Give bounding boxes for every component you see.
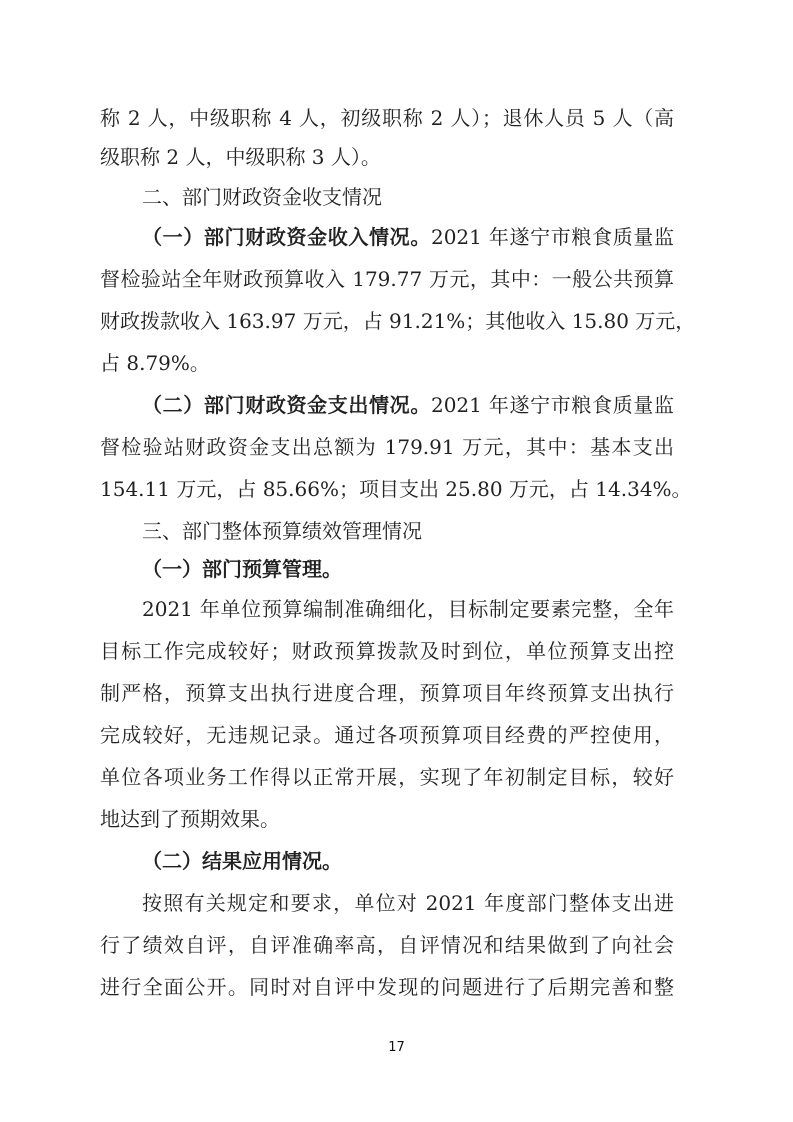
bold-lead: （二）部门财政资金支出情况。	[142, 393, 431, 417]
text-line: 2021 年单位预算编制准确细化，目标制定要素完整，全年	[100, 597, 674, 621]
text-line: 154.11 万元，占 85.66%；项目支出 25.80 万元，占 14.34…	[100, 477, 674, 501]
bold-lead: （一）部门财政资金收入情况。	[142, 225, 431, 249]
paragraph-first-line: （二）部门财政资金支出情况。2021 年遂宁市粮食质量监	[100, 393, 674, 417]
section-heading: 三、部门整体预算绩效管理情况	[100, 519, 674, 543]
text-line: 进行全面公开。同时对自评中发现的问题进行了后期完善和整	[100, 975, 674, 999]
text-line: 目标工作完成较好；财政预算拨款及时到位，单位预算支出控	[100, 639, 674, 663]
text-line: 督检验站全年财政预算收入 179.77 万元，其中：一般公共预算	[100, 267, 674, 291]
subsection-heading: （一）部门预算管理。	[100, 557, 674, 581]
text-line: 占 8.79%。	[100, 351, 674, 375]
text-run: 2021 年遂宁市粮食质量监	[431, 393, 674, 417]
text-line: 督检验站财政资金支出总额为 179.91 万元，其中：基本支出	[100, 435, 674, 459]
subsection-heading: （二）结果应用情况。	[100, 849, 674, 873]
text-line: 单位各项业务工作得以正常开展，实现了年初制定目标，较好	[100, 765, 674, 789]
text-line: 财政拨款收入 163.97 万元，占 91.21%；其他收入 15.80 万元，	[100, 309, 674, 333]
paragraph-first-line: （一）部门财政资金收入情况。2021 年遂宁市粮食质量监	[100, 225, 674, 249]
text-line: 称 2 人，中级职称 4 人，初级职称 2 人）；退休人员 5 人（高	[100, 106, 674, 130]
page-number: 17	[0, 1040, 793, 1055]
text-line: 按照有关规定和要求，单位对 2021 年度部门整体支出进	[100, 891, 674, 915]
text-line: 制严格，预算支出执行进度合理，预算项目年终预算支出执行	[100, 681, 674, 705]
section-heading: 二、部门财政资金收支情况	[100, 185, 674, 209]
text-line: 级职称 2 人，中级职称 3 人）。	[100, 145, 674, 169]
text-line: 行了绩效自评，自评准确率高，自评情况和结果做到了向社会	[100, 933, 674, 957]
text-run: 2021 年遂宁市粮食质量监	[431, 225, 674, 249]
text-line: 地达到了预期效果。	[100, 807, 674, 831]
text-line: 完成较好，无违规记录。通过各项预算项目经费的严控使用，	[100, 723, 674, 747]
